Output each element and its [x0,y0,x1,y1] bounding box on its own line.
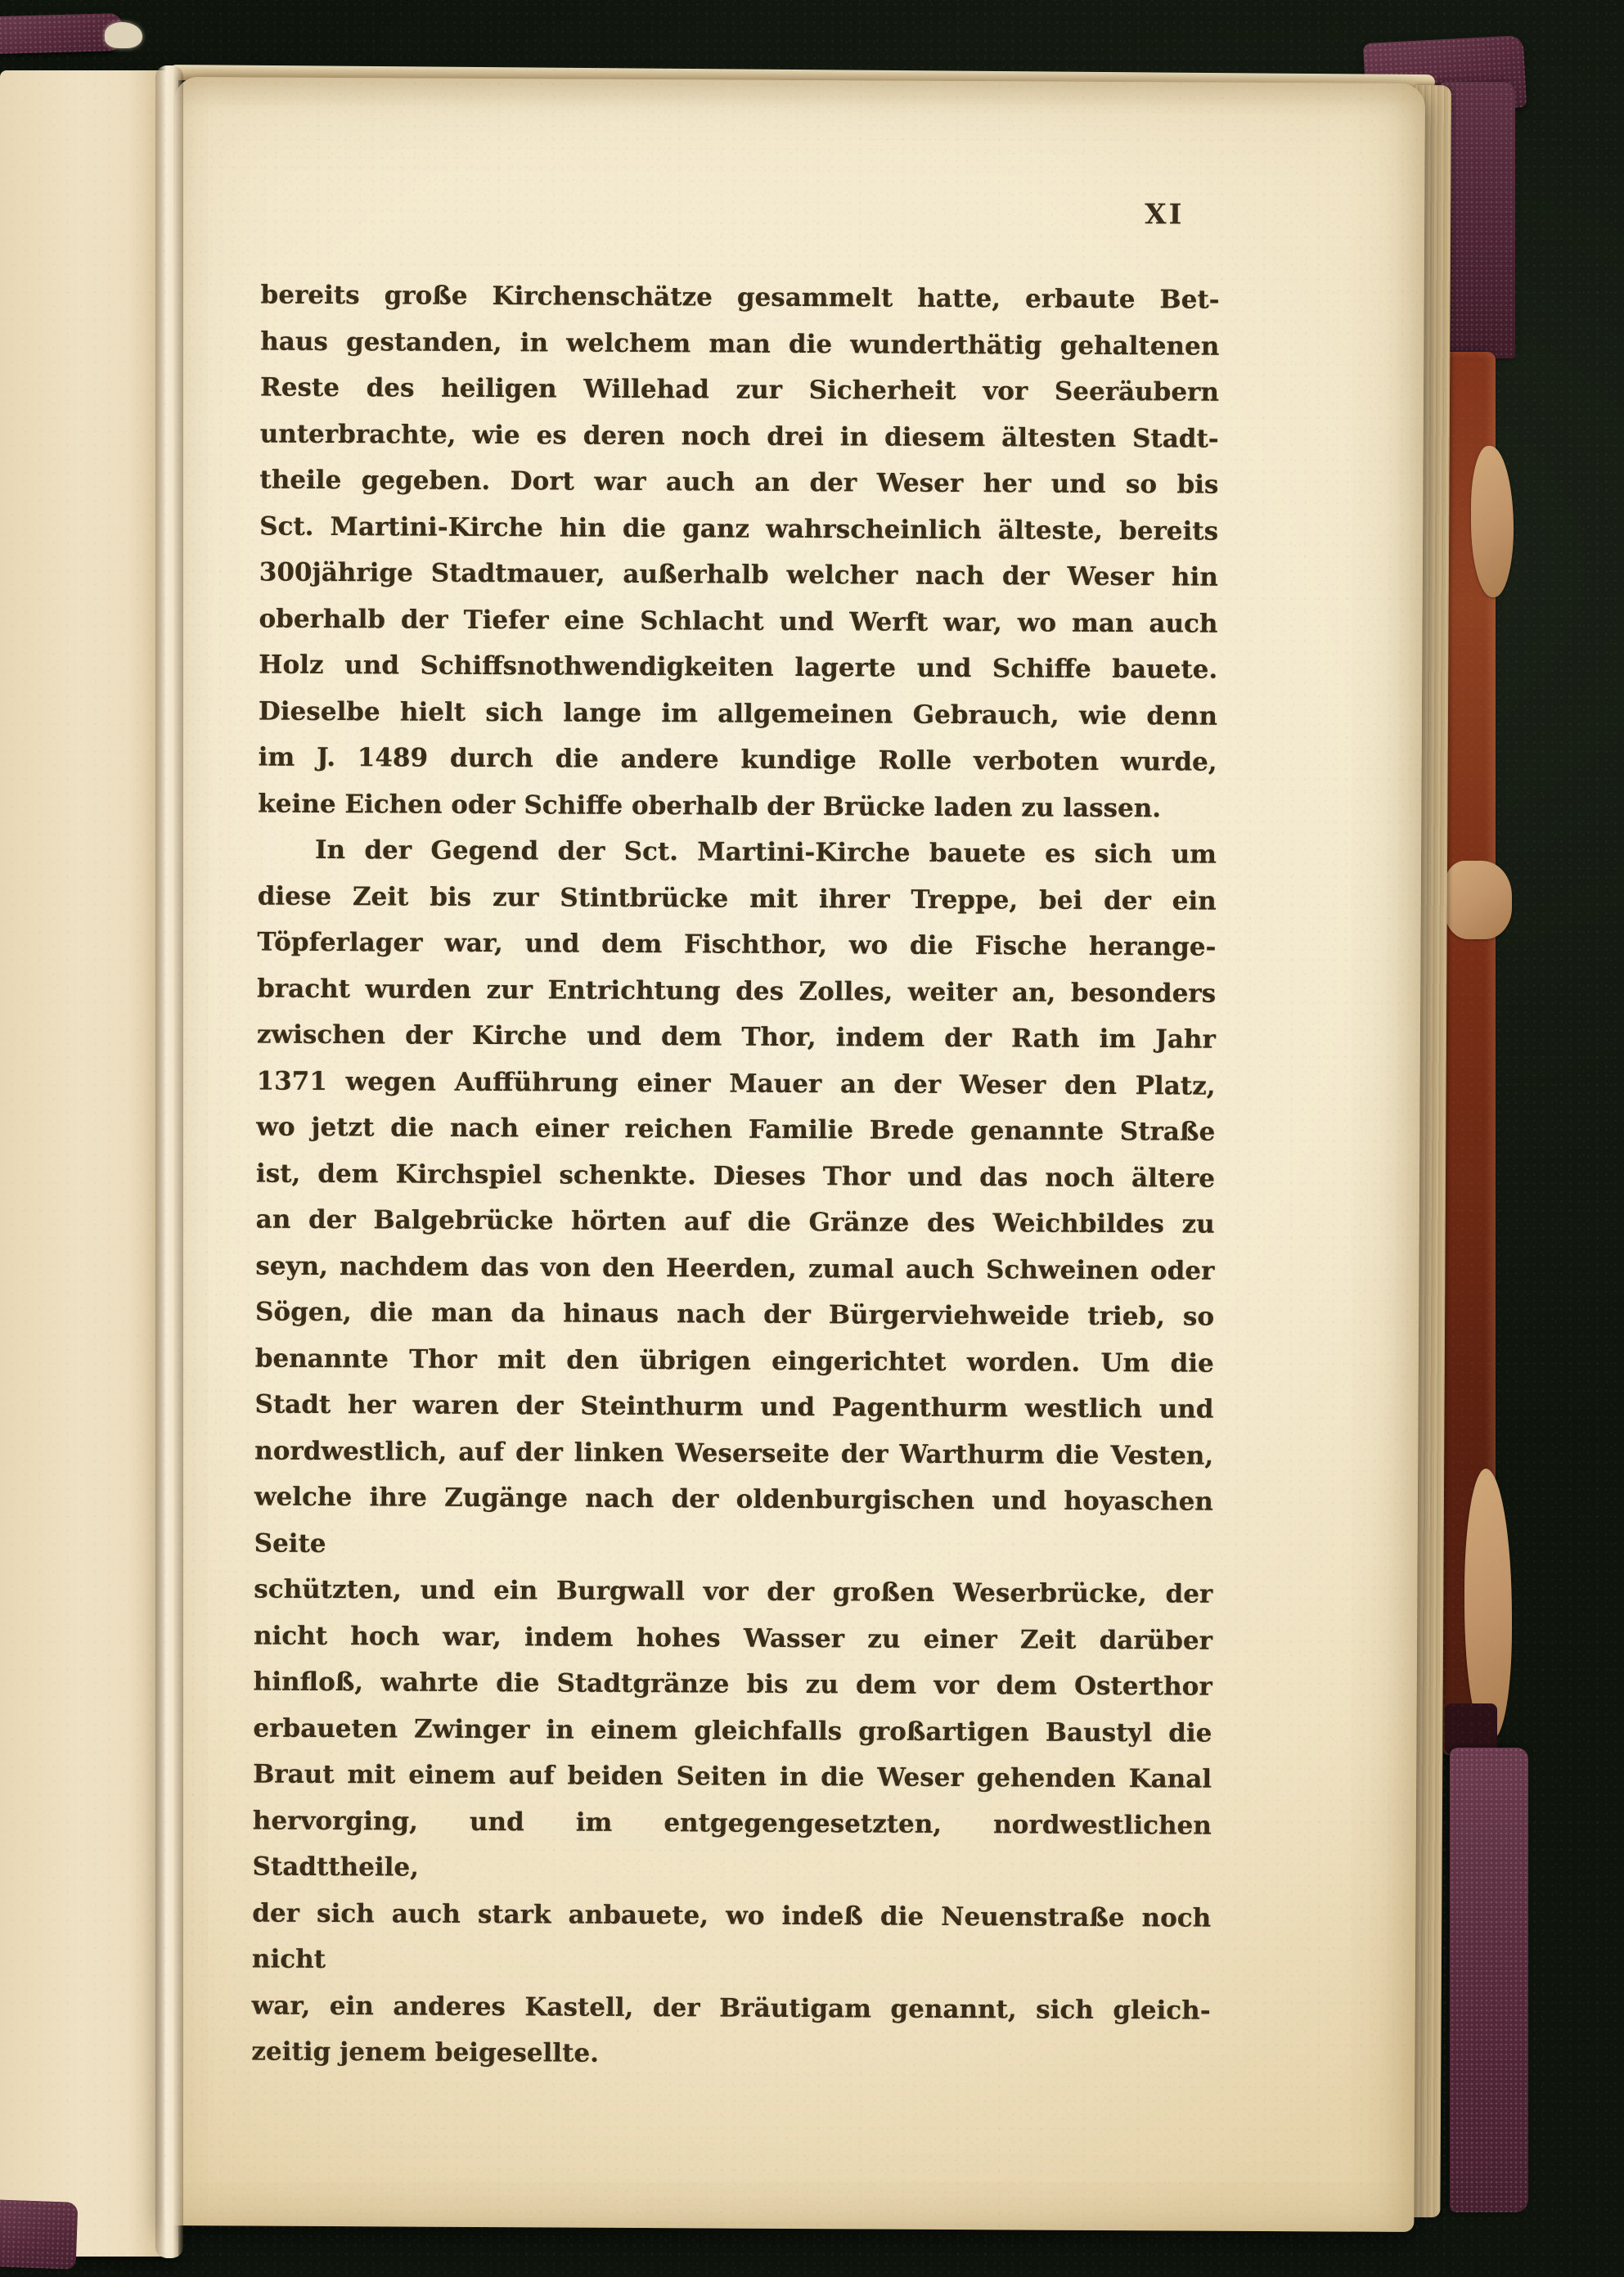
text-line: bracht wurden zur Entrichtung des Zolles… [257,965,1216,1017]
text-line: welche ihre Zugänge nach der oldenburgis… [254,1474,1213,1572]
text-line: Stadt her waren der Steinthurm und Pagen… [254,1382,1213,1433]
text-line: zeitig jenem beigesellte. [251,2029,1210,2081]
text-line: wo jetzt die nach einer reichen Familie … [256,1105,1215,1156]
book-cover-corner-bottom-left [0,2199,78,2270]
text-line: seyn, nachdem das von den Heerden, zumal… [255,1243,1214,1294]
text-line: nicht hoch war, indem hohes Wasser zu ei… [254,1613,1212,1664]
text-line: benannte Thor mit den übrigen eingericht… [255,1335,1214,1387]
text-line: schützten, und ein Burgwall vor der groß… [254,1567,1212,1618]
text-line: zwischen der Kirche und dem Thor, indem … [257,1012,1216,1064]
text-line: Sögen, die man da hinaus nach der Bürger… [255,1289,1214,1341]
text-line: ist, dem Kirchspiel schenkte. Dieses Tho… [256,1150,1215,1202]
text-line: war, ein anderes Kastell, der Bräutigam … [252,1982,1211,2034]
gutter-fold [155,65,183,2258]
text-line: 300jährige Stadtmauer, außerhalb welcher… [259,550,1218,601]
text-line: haus gestanden, in welchem man die wunde… [260,318,1219,370]
text-line: hinfloß, wahrte die Stadtgränze bis zu d… [254,1659,1212,1711]
facing-page-edge [0,70,178,2257]
text-line: 1371 wegen Aufführung einer Mauer an der… [256,1058,1215,1109]
text-line: keine Eichen oder Schiffe oberhalb der B… [258,781,1217,832]
text-line: erbaueten Zwinger in einem gleichfalls g… [253,1705,1212,1757]
text-line: oberhalb der Tiefer eine Schlacht und We… [259,596,1217,647]
book-page: XI bereits große Kirchenschätze gesammel… [164,77,1425,2232]
text-line: an der Balgebrücke hörten auf die Gränze… [256,1197,1215,1249]
text-line: der sich auch stark anbauete, wo indeß d… [252,1890,1212,1987]
text-line: theile gegeben. Dort war auch an der Wes… [259,457,1218,509]
spine-dark-gap [1445,1703,1497,1754]
book-scan: XI bereits große Kirchenschätze gesammel… [0,0,1624,2277]
book-cover-corner-bottom-right [1450,1748,1528,2212]
text-line: diese Zeit bis zur Stintbrücke mit ihrer… [258,873,1217,925]
book-cover-right-edge [1440,82,1515,358]
text-line: Sct. Martini-Kirche hin die ganz wahrsch… [259,503,1218,555]
text-line: Braut mit einem auf beiden Seiten in die… [253,1752,1212,1803]
text-line: Holz und Schiffsnothwendigkeiten lagerte… [259,642,1217,694]
text-line: Reste des heiligen Willehad zur Sicherhe… [260,365,1219,416]
text-line: unterbrachte, wie es deren noch drei in … [260,411,1219,462]
text-line: Dieselbe hielt sich lange im allgemeinen… [259,688,1217,740]
paper-fluff [105,22,142,48]
text-line: bereits große Kirchenschätze gesammelt h… [260,272,1219,324]
page-number: XI [1145,198,1185,231]
text-line: im J. 1489 durch die andere kundige Roll… [258,735,1217,786]
spine-torn-patch [1471,446,1514,597]
spine-torn-patch [1445,861,1512,939]
text-line: hervorging, und im entgegengesetzten, no… [252,1798,1212,1895]
text-line: In der Gegend der Sct. Martini-Kirche ba… [258,827,1217,879]
text-line: nordwestlich, auf der linken Weserseite … [254,1428,1213,1479]
spine-torn-patch [1464,1469,1512,1739]
text-line: Töpferlager war, und dem Fischthor, wo d… [257,920,1216,971]
body-text: bereits große Kirchenschätze gesammelt h… [251,272,1220,2081]
